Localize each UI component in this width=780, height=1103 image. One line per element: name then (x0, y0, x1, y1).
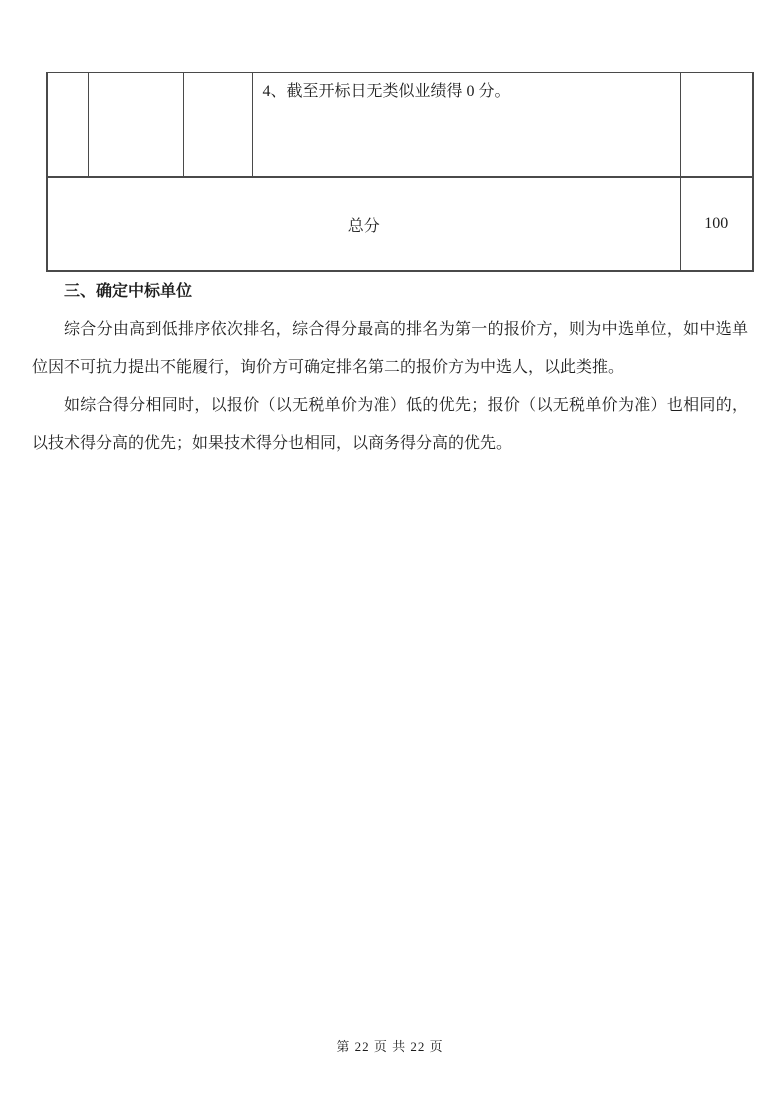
document-page: 4、截至开标日无类似业绩得 0 分。 总分 100 三、确定中标单位 综合分由高… (0, 0, 780, 1103)
evaluation-score-table: 4、截至开标日无类似业绩得 0 分。 总分 100 (46, 72, 754, 272)
paragraph-ranking-rule: 综合分由高到低排序依次排名，综合得分最高的排名为第一的报价方，则为中选单位，如中… (32, 311, 748, 387)
section-heading: 三、确定中标单位 (32, 273, 748, 311)
criteria-text-cell: 4、截至开标日无类似业绩得 0 分。 (252, 73, 680, 178)
table-row-total: 总分 100 (47, 177, 753, 271)
body-text-block: 三、确定中标单位 综合分由高到低排序依次排名，综合得分最高的排名为第一的报价方，… (32, 273, 748, 463)
total-score-label: 总分 (47, 177, 680, 271)
page-footer: 第 22 页 共 22 页 (0, 1036, 780, 1055)
empty-cell-score (680, 73, 753, 178)
table-row-criteria: 4、截至开标日无类似业绩得 0 分。 (47, 73, 753, 178)
paragraph-tiebreak-rule: 如综合得分相同时，以报价（以无税单价为准）低的优先；报价（以无税单价为准）也相同… (32, 387, 748, 463)
empty-cell-col1 (47, 73, 88, 178)
total-score-value: 100 (680, 177, 753, 271)
empty-cell-col3 (183, 73, 252, 178)
empty-cell-col2 (88, 73, 183, 178)
